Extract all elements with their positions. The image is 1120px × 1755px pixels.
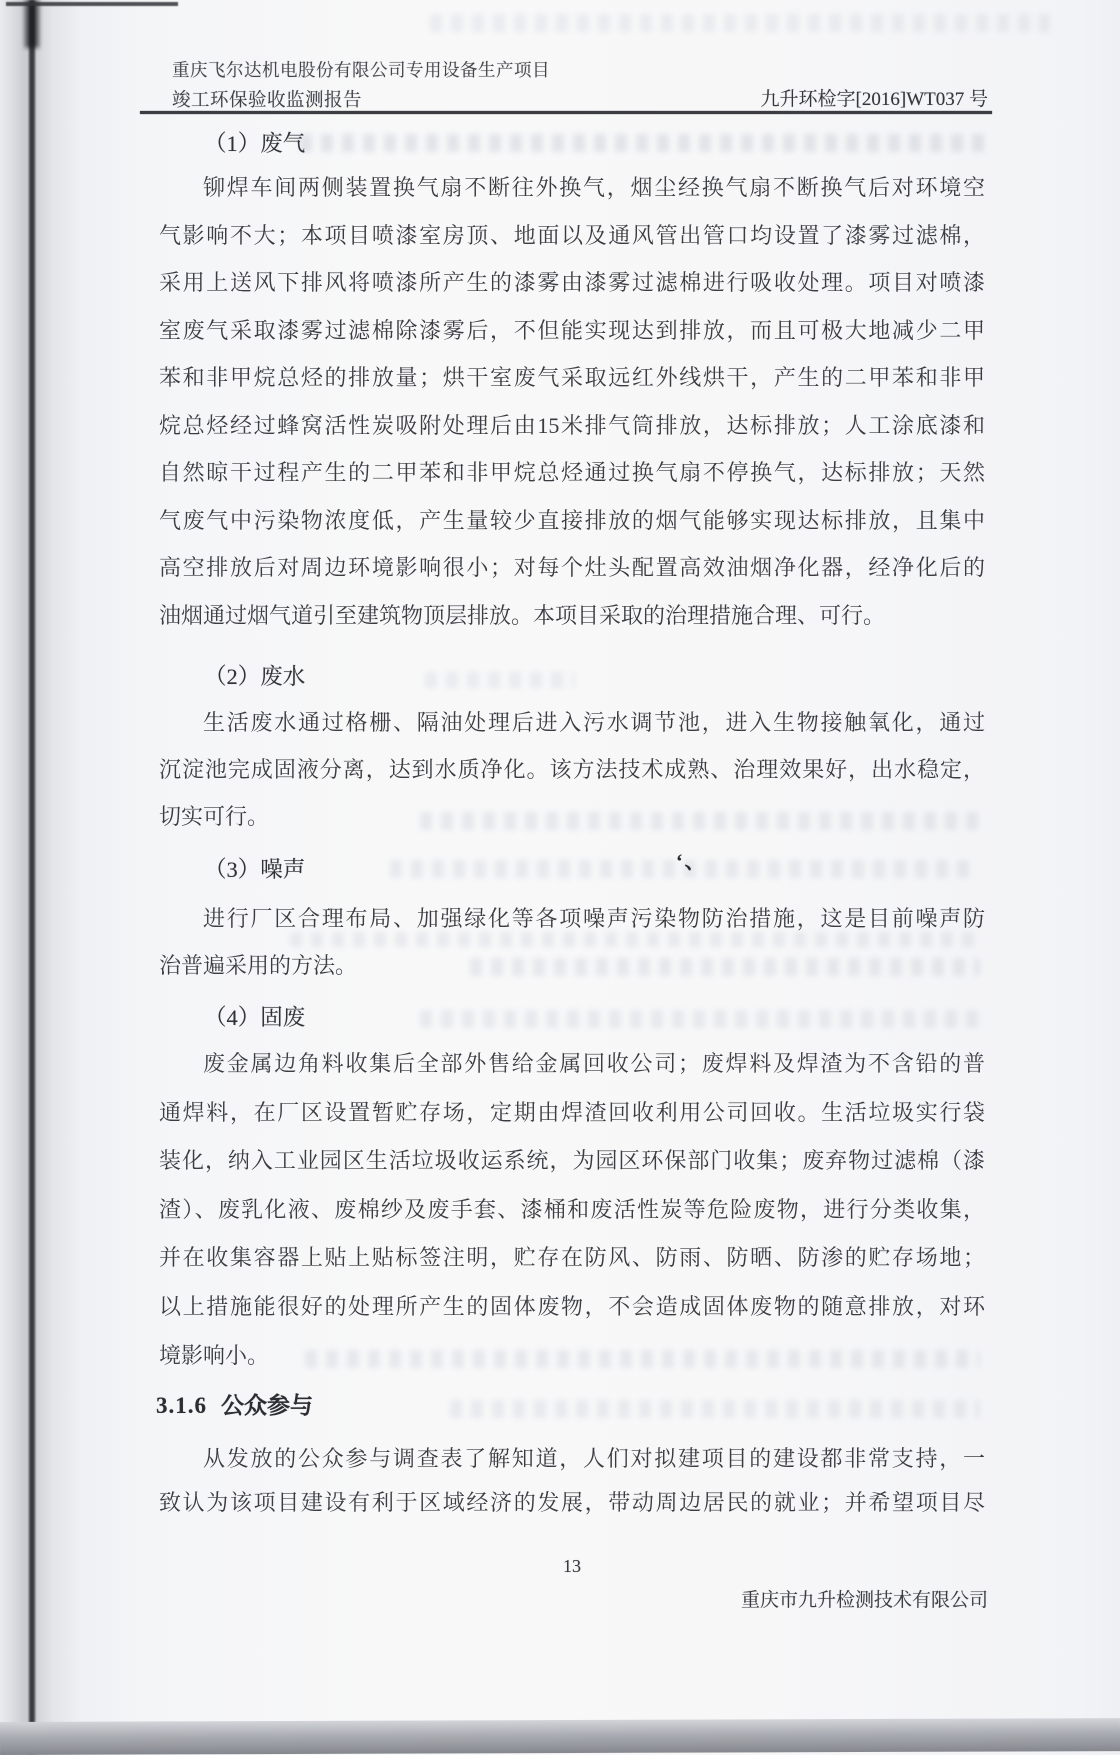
- body-line: 并在收集容器上贴上贴标签注明，贮存在防风、防雨、防晒、防渗的贮存场地；: [159, 1234, 985, 1283]
- body-line: 铆焊车间两侧装置换气扇不断往外换气，烟尘经换气扇不断换气后对环境空: [159, 164, 985, 212]
- body-line: 治普遍采用的方法。: [159, 942, 985, 989]
- body-line: 自然晾干过程产生的二甲苯和非甲烷总烃通过换气扇不停换气，达标排放；天然: [159, 449, 985, 497]
- section-heading-waste-gas: （1）废气: [204, 126, 305, 158]
- body-line: 气影响不大；本项目喷漆室房顶、地面以及通风管出管口均设置了漆雾过滤棉，: [159, 212, 985, 260]
- body-line: 装化，纳入工业园区生活垃圾收运系统，为园区环保部门收集；废弃物过滤棉（漆: [159, 1137, 985, 1186]
- scan-bottom-edge: [0, 1718, 1120, 1755]
- body-line: 从发放的公众参与调查表了解知道，人们对拟建项目的建设都非常支持，一: [159, 1437, 985, 1481]
- body-line: 境影响小。: [159, 1332, 985, 1381]
- bleed-through-text: [420, 1010, 980, 1028]
- section-heading-wastewater: （2）废水: [204, 659, 305, 691]
- paragraph-waste-gas: 铆焊车间两侧装置换气扇不断往外换气，烟尘经换气扇不断换气后对环境空 气影响不大；…: [159, 164, 985, 639]
- footer-company-name: 重庆市九升检测技术有限公司: [159, 1585, 988, 1612]
- bleed-through-text: [300, 134, 990, 152]
- paragraph-wastewater: 生活废水通过格栅、隔油处理后进入污水调节池，进入生物接触氧化，通过 沉淀池完成固…: [159, 699, 985, 840]
- footer-page-number: 13: [159, 1556, 985, 1577]
- body-line: 生活废水通过格栅、隔油处理后进入污水调节池，进入生物接触氧化，通过: [159, 699, 985, 746]
- body-line: 切实可行。: [159, 793, 985, 840]
- section-title: 公众参与: [221, 1393, 313, 1418]
- body-line: 通焊料，在厂区设置暂贮存场，定期由焊渣回收利用公司回收。生活垃圾实行袋: [159, 1089, 985, 1138]
- section-heading-noise: （3）噪声: [204, 852, 305, 884]
- paragraph-solid-waste: 废金属边角料收集后全部外售给金属回收公司；废焊料及焊渣为不含铅的普 通焊料，在厂…: [159, 1040, 985, 1380]
- paragraph-public-participation: 从发放的公众参与调查表了解知道，人们对拟建项目的建设都非常支持，一 致认为该项目…: [159, 1437, 985, 1525]
- book-spine-shadow-top: [25, 0, 39, 48]
- body-line: 渣）、废乳化液、废棉纱及废手套、漆桶和废活性炭等危险废物，进行分类收集，: [159, 1186, 985, 1235]
- body-line: 油烟通过烟气道引至建筑物顶层排放。本项目采取的治理措施合理、可行。: [159, 592, 985, 640]
- body-line: 致认为该项目建设有利于区域经济的发展，带动周边居民的就业；并希望项目尽: [159, 1481, 985, 1525]
- scan-edge-mark: [6, 2, 178, 6]
- body-line: 苯和非甲烷总烃的排放量；烘干室废气采取远红外线烘干，产生的二甲苯和非甲: [159, 354, 985, 402]
- body-line: 高空排放后对周边环境影响很小；对每个灶头配置高效油烟净化器，经净化后的: [159, 544, 985, 592]
- body-line: 烷总烃经过蜂窝活性炭吸附处理后由15米排气筒排放，达标排放；人工涂底漆和: [159, 402, 985, 450]
- body-line: 采用上送风下排风将喷漆所产生的漆雾由漆雾过滤棉进行吸收处理。项目对喷漆: [159, 259, 985, 307]
- body-line: 进行厂区合理布局、加强绿化等各项噪声污染物防治措施，这是目前噪声防: [159, 895, 985, 942]
- bleed-through-text: [450, 1400, 980, 1418]
- header-doc-number: 九升环检字[2016]WT037 号: [600, 84, 988, 111]
- body-line: 气废气中污染物浓度低，产生量较少直接排放的烟气能够实现达标排放，且集中: [159, 497, 985, 545]
- bleed-through-text: [425, 672, 575, 688]
- paragraph-noise: 进行厂区合理布局、加强绿化等各项噪声污染物防治措施，这是目前噪声防 治普遍采用的…: [159, 895, 985, 989]
- scanned-report-page: 重庆飞尔达机电股份有限公司专用设备生产项目 竣工环保验收监测报告 九升环检字[2…: [0, 0, 1120, 1755]
- book-spine-shadow: [29, 0, 35, 1755]
- body-line: 废金属边角料收集后全部外售给金属回收公司；废焊料及焊渣为不含铅的普: [159, 1040, 985, 1089]
- header-report-title: 竣工环保验收监测报告: [172, 86, 362, 112]
- body-line: 以上措施能很好的处理所产生的固体废物，不会造成固体废物的随意排放，对环: [159, 1283, 985, 1332]
- section-heading-public-participation: 3.1.6公众参与: [156, 1387, 313, 1420]
- section-heading-solid-waste: （4）固废: [204, 1000, 305, 1032]
- body-line: 室废气采取漆雾过滤棉除漆雾后，不但能实现达到排放，而且可极大地减少二甲: [159, 307, 985, 355]
- body-line: 沉淀池完成固液分离，达到水质净化。该方法技术成熟、治理效果好，出水稳定，: [159, 746, 985, 793]
- stray-ink-mark: ‘、: [676, 845, 707, 874]
- header-rule: [140, 111, 992, 114]
- section-number: 3.1.6: [156, 1393, 207, 1418]
- bleed-through-text: [430, 14, 1050, 32]
- header-project-title: 重庆飞尔达机电股份有限公司专用设备生产项目: [172, 57, 550, 82]
